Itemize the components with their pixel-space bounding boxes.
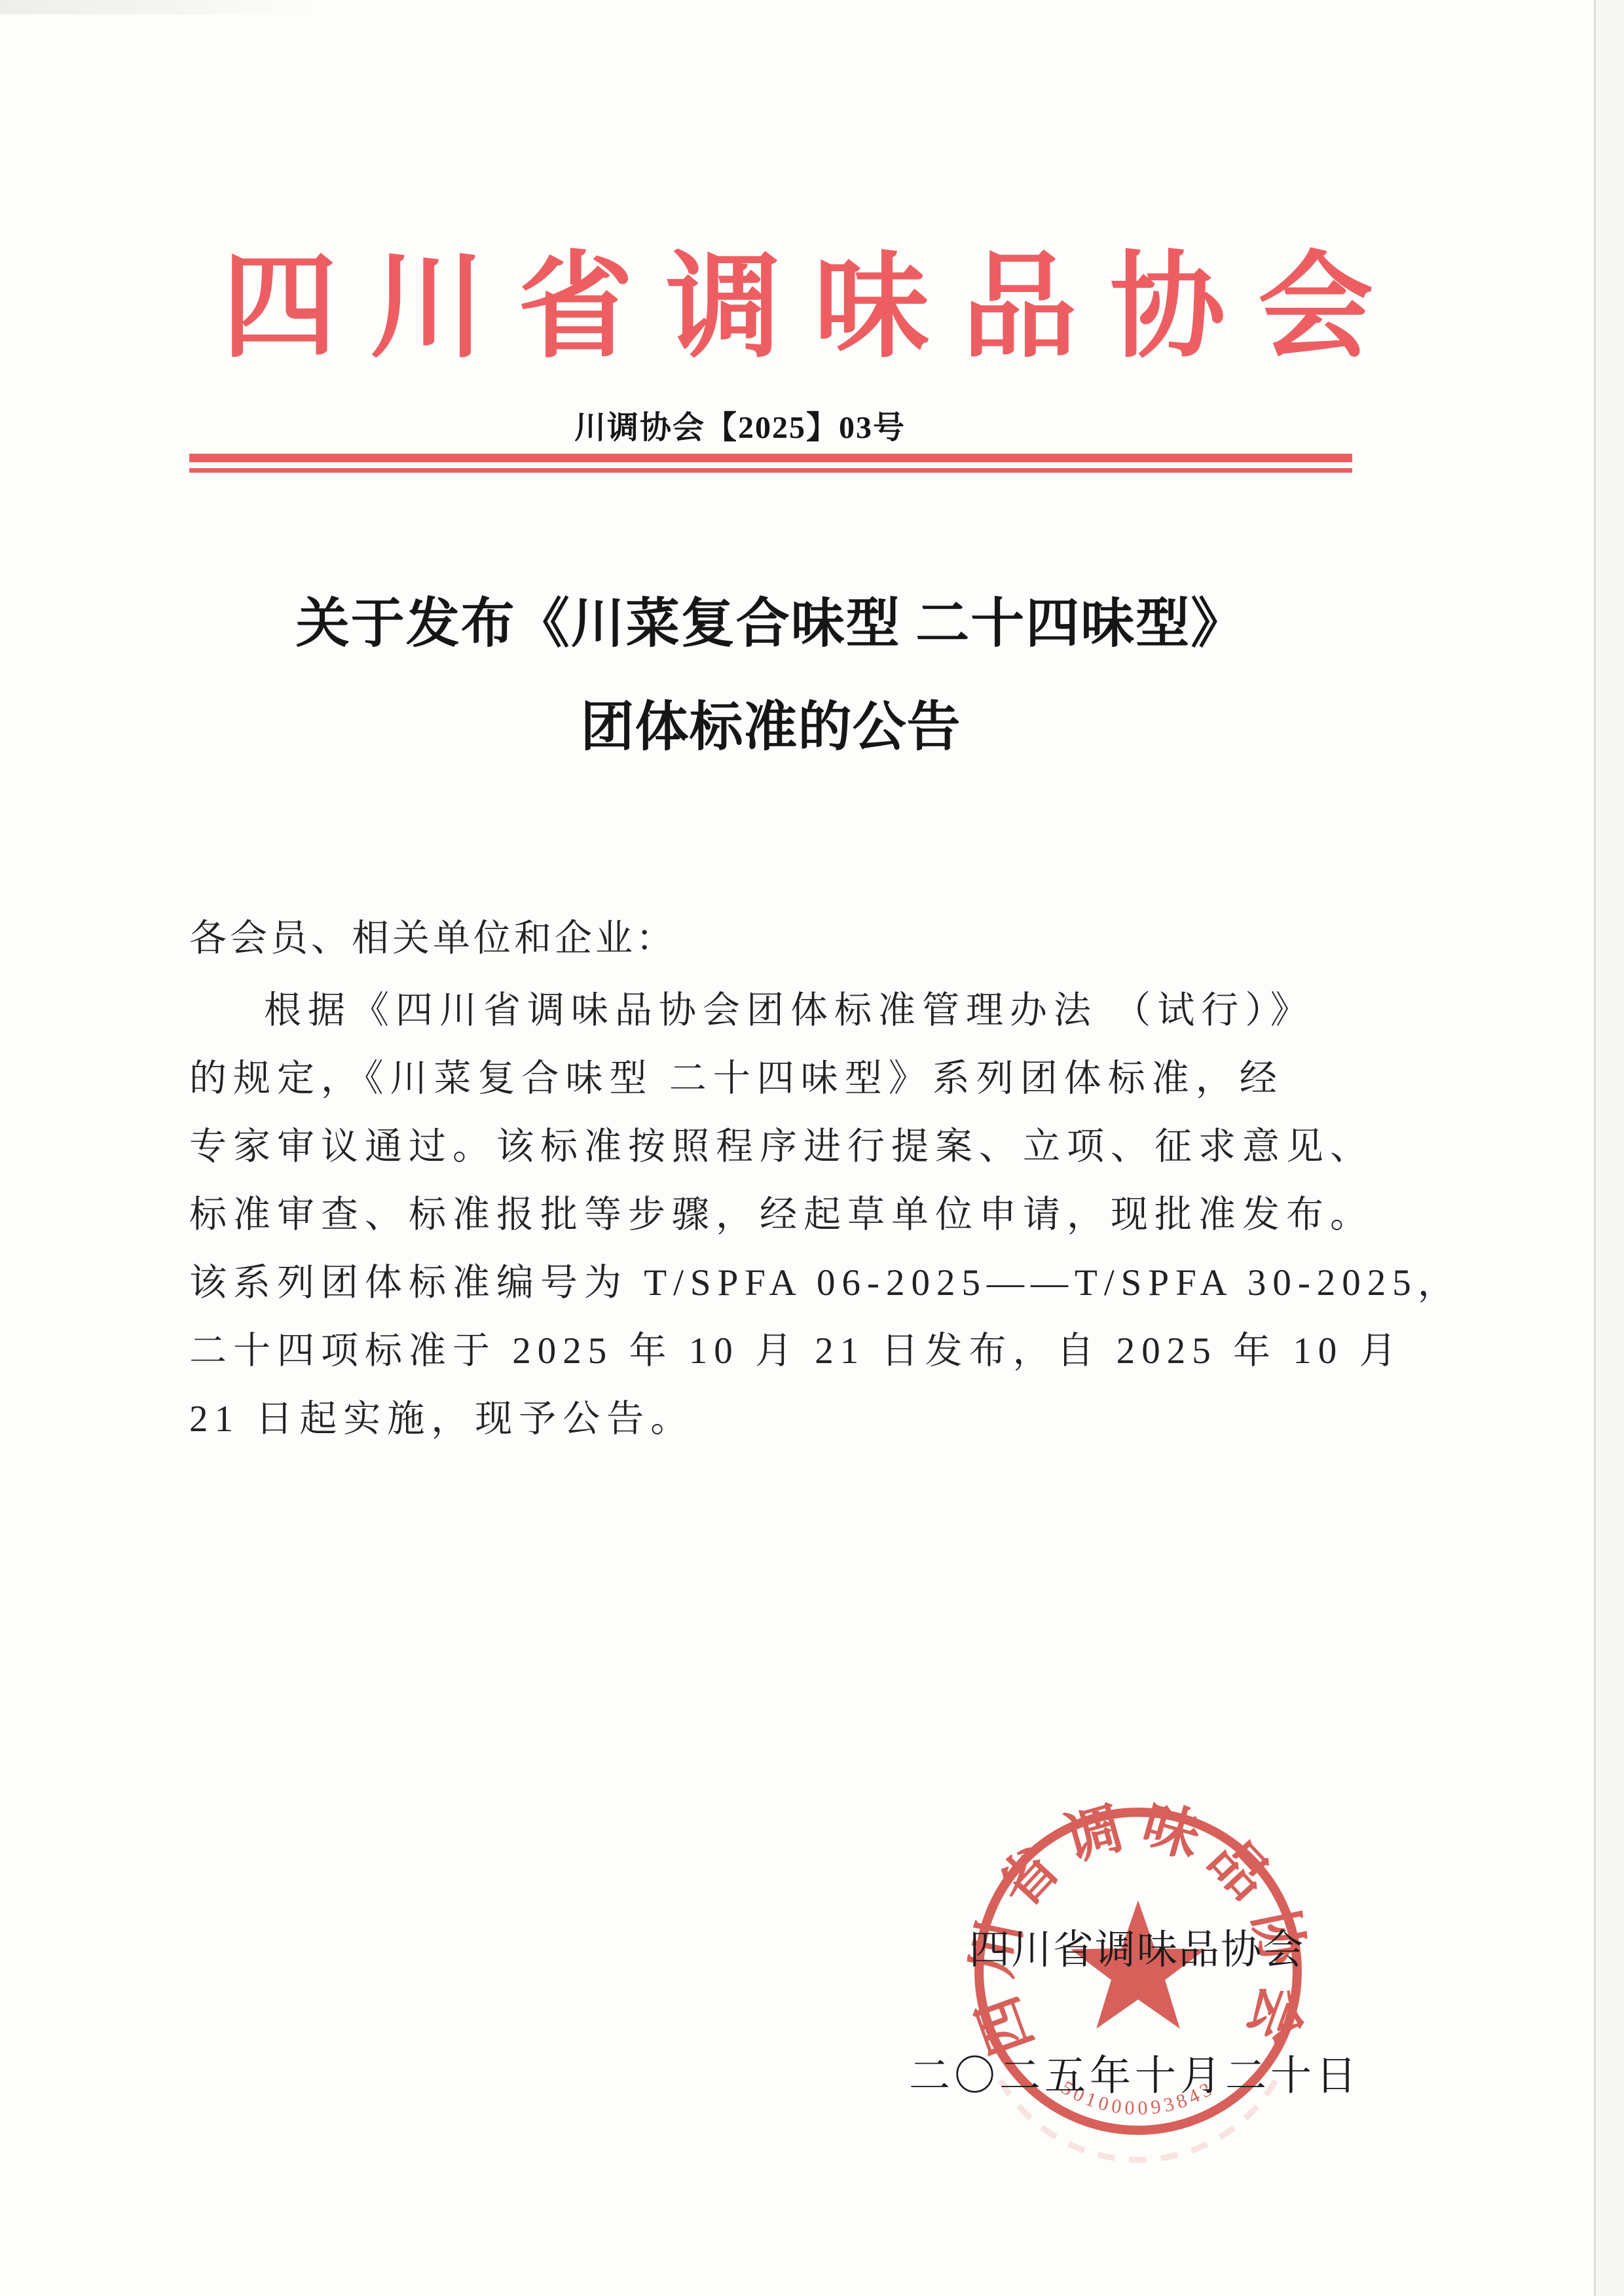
body-line-3: 专家审议通过。该标准按照程序进行提案、立项、征求意见、 bbox=[189, 1109, 1352, 1177]
scan-page-edge-strip bbox=[1596, 0, 1624, 2296]
letterhead-org-title: 四川省调味品协会 bbox=[189, 251, 1352, 366]
body-line-6: 二十四项标准于 2025 年 10 月 21 日发布，自 2025 年 10 月 bbox=[189, 1313, 1352, 1381]
announcement-title-line-2: 团体标准的公告 bbox=[189, 698, 1352, 757]
body-line-2: 的规定，《川菜复合味型 二十四味型》系列团体标准，经 bbox=[189, 1041, 1352, 1109]
body-line-1: 根据《四川省调味品协会团体标准管理办法 （试行）》 bbox=[189, 973, 1352, 1041]
scan-page-edge-line bbox=[1594, 0, 1596, 2296]
scanned-document-page: 四川省调味品协会 川调协会【2025】03号 关于发布《川菜复合味型 二十四味型… bbox=[0, 0, 1624, 2296]
body-line-4: 标准审查、标准报批等步骤，经起草单位申请，现批准发布。 bbox=[189, 1177, 1352, 1245]
body-line-7: 21 日起实施，现予公告。 bbox=[189, 1381, 1352, 1449]
signature-date: 二〇二五年十月二十日 bbox=[909, 2043, 1361, 2102]
signature-org: 四川省调味品协会 bbox=[969, 1917, 1304, 1975]
body-text-block: 各会员、相关单位和企业： 根据《四川省调味品协会团体标准管理办法 （试行）》 的… bbox=[189, 897, 1352, 1449]
scan-smudge-artifact bbox=[0, 0, 314, 14]
official-red-seal: 四川省调味品协会 501000093843 bbox=[967, 1800, 1309, 2168]
salutation-line: 各会员、相关单位和企业： bbox=[189, 897, 1352, 973]
letterhead-divider-thin bbox=[189, 468, 1352, 473]
document-number: 川调协会【2025】03号 bbox=[0, 411, 1480, 446]
letterhead-divider-thick bbox=[189, 454, 1352, 462]
announcement-title-line-1: 关于发布《川菜复合味型 二十四味型》 bbox=[189, 594, 1352, 653]
body-line-5: 该系列团体标准编号为 T/SPFA 06-2025——T/SPFA 30-202… bbox=[189, 1245, 1352, 1313]
